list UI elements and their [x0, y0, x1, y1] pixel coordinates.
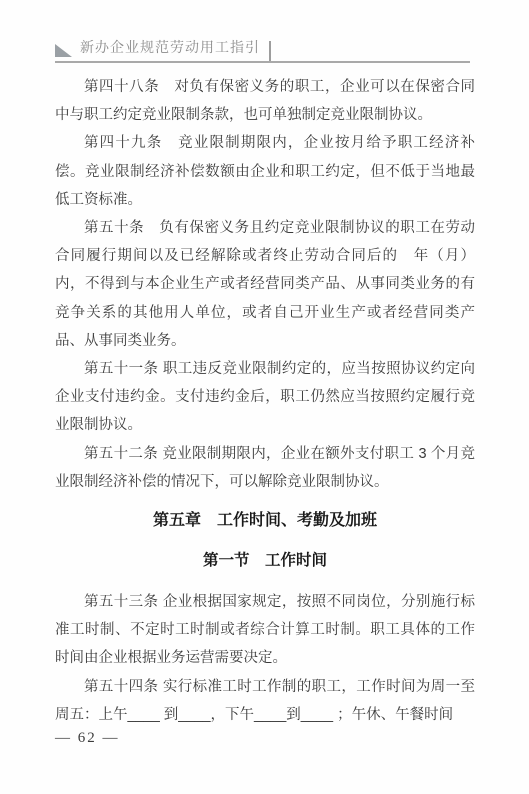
corner-triangle-icon	[55, 44, 72, 57]
section-heading: 第一节 工作时间	[55, 547, 475, 575]
article-paragraph-53: 第五十三条 企业根据国家规定，按照不同岗位，分别施行标准工时制、不定时工时制或者…	[55, 588, 475, 673]
document-page: 新办企业规范劳动用工指引 第四十八条 对负有保密义务的职工，企业可以在保密合同中…	[0, 0, 529, 794]
page-body: 第四十八条 对负有保密义务的职工，企业可以在保密合同中与职工约定竞业限制条款，也…	[55, 73, 475, 729]
chapter-heading: 第五章 工作时间、考勤及加班	[55, 507, 475, 535]
article-paragraph-51: 第五十一条 职工违反竞业限制约定的，应当按照协议约定向企业支付违约金。支付违约金…	[55, 355, 475, 440]
article-paragraph-52: 第五十二条 竞业限制期限内，企业在额外支付职工 3 个月竞业限制经济补偿的情况下…	[55, 440, 475, 496]
header-vertical-divider	[269, 41, 271, 61]
article-paragraph-50: 第五十条 负有保密义务且约定竞业限制协议的职工在劳动合同履行期间以及已经解除或者…	[55, 214, 475, 355]
article-paragraph-48: 第四十八条 对负有保密义务的职工，企业可以在保密合同中与职工约定竞业限制条款，也…	[55, 73, 475, 129]
running-header: 新办企业规范劳动用工指引	[55, 39, 470, 63]
article-paragraph-49: 第四十九条 竞业限制期限内，企业按月给予职工经济补偿。竞业限制经济补偿数额由企业…	[55, 129, 475, 214]
page-number: — 62 —	[55, 730, 120, 746]
article-paragraph-54: 第五十四条 实行标准工时工作制的职工，工作时间为周一至周五：上午____ 到__…	[55, 673, 475, 729]
book-title: 新办企业规范劳动用工指引	[80, 41, 260, 57]
page-footer: — 62 —	[55, 730, 120, 747]
